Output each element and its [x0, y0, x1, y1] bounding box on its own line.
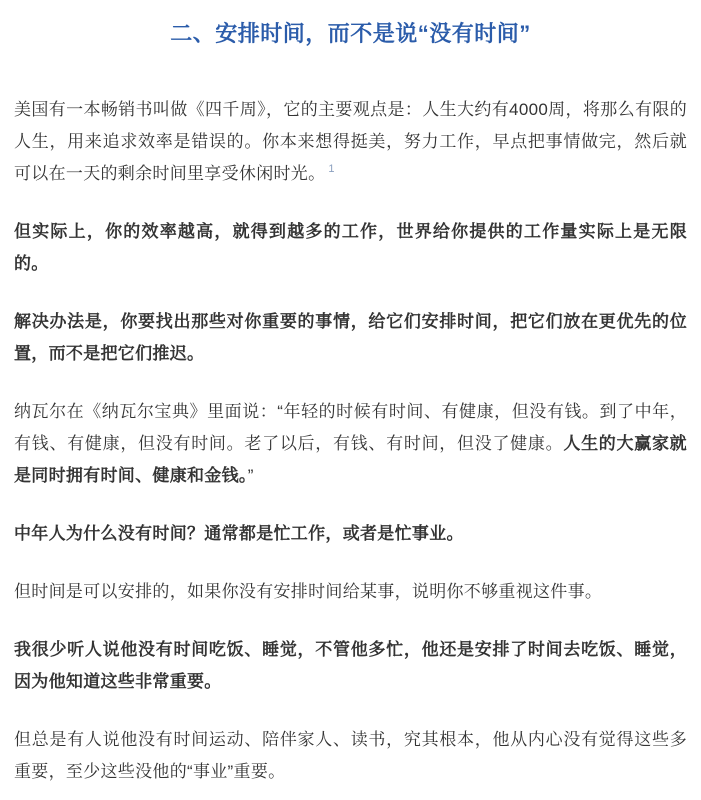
- article-page: 二、安排时间，而不是说“没有时间” 美国有一本畅销书叫做《四千周》，它的主要观点…: [0, 20, 701, 788]
- paragraph: 中年人为什么没有时间？通常都是忙工作，或者是忙事业。: [14, 518, 687, 550]
- text-segment: 解决办法是，你要找出那些对你重要的事情，给它们安排时间，把它们放在更优先的位置，…: [14, 312, 687, 363]
- paragraph: 美国有一本畅销书叫做《四千周》，它的主要观点是：人生大约有4000周，将那么有限…: [14, 94, 687, 190]
- article-title: 二、安排时间，而不是说“没有时间”: [14, 20, 687, 48]
- paragraph: 但时间是可以安排的，如果你没有安排时间给某事，说明你不够重视这件事。: [14, 576, 687, 608]
- paragraph: 但总是有人说他没有时间运动、陪伴家人、读书，究其根本，他从内心没有觉得这些多重要…: [14, 724, 687, 788]
- article-body: 美国有一本畅销书叫做《四千周》，它的主要观点是：人生大约有4000周，将那么有限…: [14, 94, 687, 788]
- paragraph: 解决办法是，你要找出那些对你重要的事情，给它们安排时间，把它们放在更优先的位置，…: [14, 306, 687, 370]
- paragraph: 我很少听人说他没有时间吃饭、睡觉，不管他多忙，他还是安排了时间去吃饭、睡觉，因为…: [14, 634, 687, 698]
- footnote-ref: 1: [328, 163, 334, 175]
- paragraph: 但实际上，你的效率越高，就得到越多的工作，世界给你提供的工作量实际上是无限的。: [14, 216, 687, 280]
- text-segment: ”: [248, 466, 254, 485]
- text-segment: 但时间是可以安排的，如果你没有安排时间给某事，说明你不够重视这件事。: [14, 582, 602, 601]
- text-segment: 我很少听人说他没有时间吃饭、睡觉，不管他多忙，他还是安排了时间去吃饭、睡觉，因为…: [14, 640, 687, 691]
- text-segment: 中年人为什么没有时间？通常都是忙工作，或者是忙事业。: [14, 524, 464, 543]
- text-segment: 但总是有人说他没有时间运动、陪伴家人、读书，究其根本，他从内心没有觉得这些多重要…: [14, 730, 687, 781]
- text-segment: 美国有一本畅销书叫做《四千周》，它的主要观点是：人生大约有4000周，将那么有限…: [14, 100, 687, 183]
- text-segment: 但实际上，你的效率越高，就得到越多的工作，世界给你提供的工作量实际上是无限的。: [14, 222, 687, 273]
- paragraph: 纳瓦尔在《纳瓦尔宝典》里面说：“年轻的时候有时间、有健康，但没有钱。到了中年，有…: [14, 396, 687, 492]
